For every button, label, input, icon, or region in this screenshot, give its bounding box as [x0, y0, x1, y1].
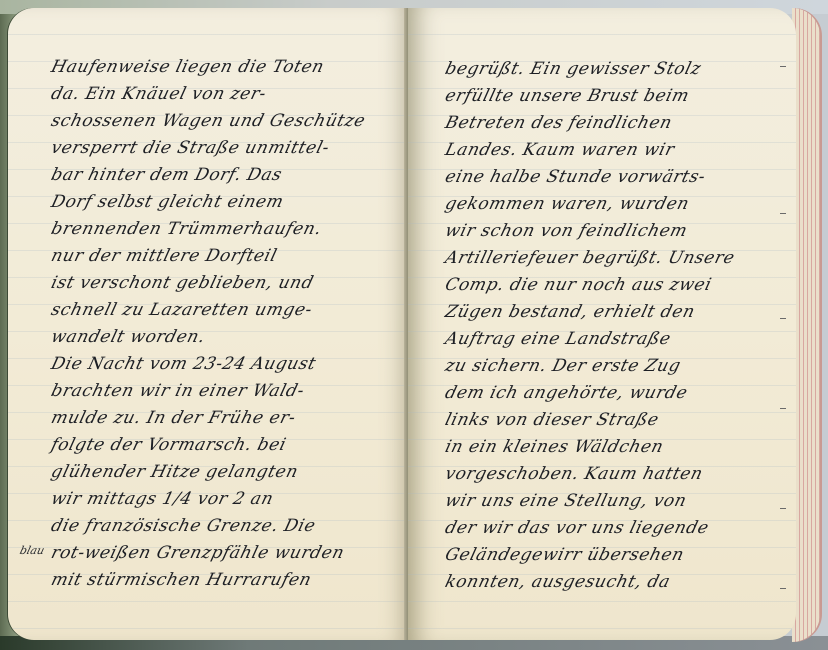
handwritten-line: wir mittags 1/4 vor 2 an [48, 486, 391, 513]
handwritten-line: rot-weißen Grenzpfähle wurden [48, 540, 391, 567]
right-page: begrüßt. Ein gewisser Stolz erfüllte uns… [408, 8, 796, 640]
handwritten-line: Auftrag eine Landstraße [442, 326, 779, 353]
handwritten-line: in ein kleines Wäldchen [442, 434, 779, 461]
handwritten-line: wir uns eine Stellung, von [442, 488, 779, 515]
left-page: Haufenweise liegen die Toten da. Ein Knä… [8, 8, 408, 640]
handwritten-line: schossenen Wagen und Geschütze [48, 108, 391, 135]
handwritten-line: Haufenweise liegen die Toten [48, 54, 391, 81]
handwritten-line: eine halbe Stunde vorwärts- [442, 164, 779, 191]
margin-note: blau [18, 544, 45, 557]
handwritten-line: begrüßt. Ein gewisser Stolz [442, 56, 779, 83]
handwritten-line: wandelt worden. [48, 324, 391, 351]
page-edges-stack [792, 8, 820, 642]
handwritten-line: die französische Grenze. Die [48, 513, 391, 540]
handwritten-line: gekommen waren, wurden [442, 191, 779, 218]
right-page-text: begrüßt. Ein gewisser Stolz erfüllte uns… [442, 56, 772, 596]
handwritten-line: konnten, ausgesucht, da [442, 569, 779, 596]
handwritten-line: links von dieser Straße [442, 407, 779, 434]
handwritten-line: vorgeschoben. Kaum hatten [442, 461, 779, 488]
handwritten-line: brachten wir in einer Wald- [48, 378, 391, 405]
handwritten-line: Artilleriefeuer begrüßt. Unsere [442, 245, 779, 272]
handwritten-line: Zügen bestand, erhielt den [442, 299, 779, 326]
handwritten-line: der wir das vor uns liegende [442, 515, 779, 542]
handwritten-line: Die Nacht vom 23-24 August [48, 351, 391, 378]
handwritten-line: bar hinter dem Dorf. Das [48, 162, 391, 189]
handwritten-line: folgte der Vormarsch. bei [48, 432, 391, 459]
handwritten-line: brennenden Trümmerhaufen. [48, 216, 391, 243]
handwritten-line: da. Ein Knäuel von zer- [48, 81, 391, 108]
handwritten-line: wir schon von feindlichem [442, 218, 779, 245]
handwritten-line: Geländegewirr übersehen [442, 542, 779, 569]
handwritten-line: zu sichern. Der erste Zug [442, 353, 779, 380]
handwritten-line: glühender Hitze gelangten [48, 459, 391, 486]
handwritten-line: schnell zu Lazaretten umge- [48, 297, 391, 324]
handwritten-line: Dorf selbst gleicht einem [48, 189, 391, 216]
handwritten-line: ist verschont geblieben, und [48, 270, 391, 297]
handwritten-line: dem ich angehörte, wurde [442, 380, 779, 407]
handwritten-line: erfüllte unsere Brust beim [442, 83, 779, 110]
handwritten-line: Landes. Kaum waren wir [442, 137, 779, 164]
handwritten-line: versperrt die Straße unmittel- [48, 135, 391, 162]
left-page-text: Haufenweise liegen die Toten da. Ein Knä… [48, 54, 384, 594]
handwritten-line: Betreten des feindlichen [442, 110, 779, 137]
handwritten-line: Comp. die nur noch aus zwei [442, 272, 779, 299]
handwritten-line: mulde zu. In der Frühe er- [48, 405, 391, 432]
handwritten-line: mit stürmischen Hurrarufen [48, 567, 391, 594]
handwritten-line: nur der mittlere Dorfteil [48, 243, 391, 270]
